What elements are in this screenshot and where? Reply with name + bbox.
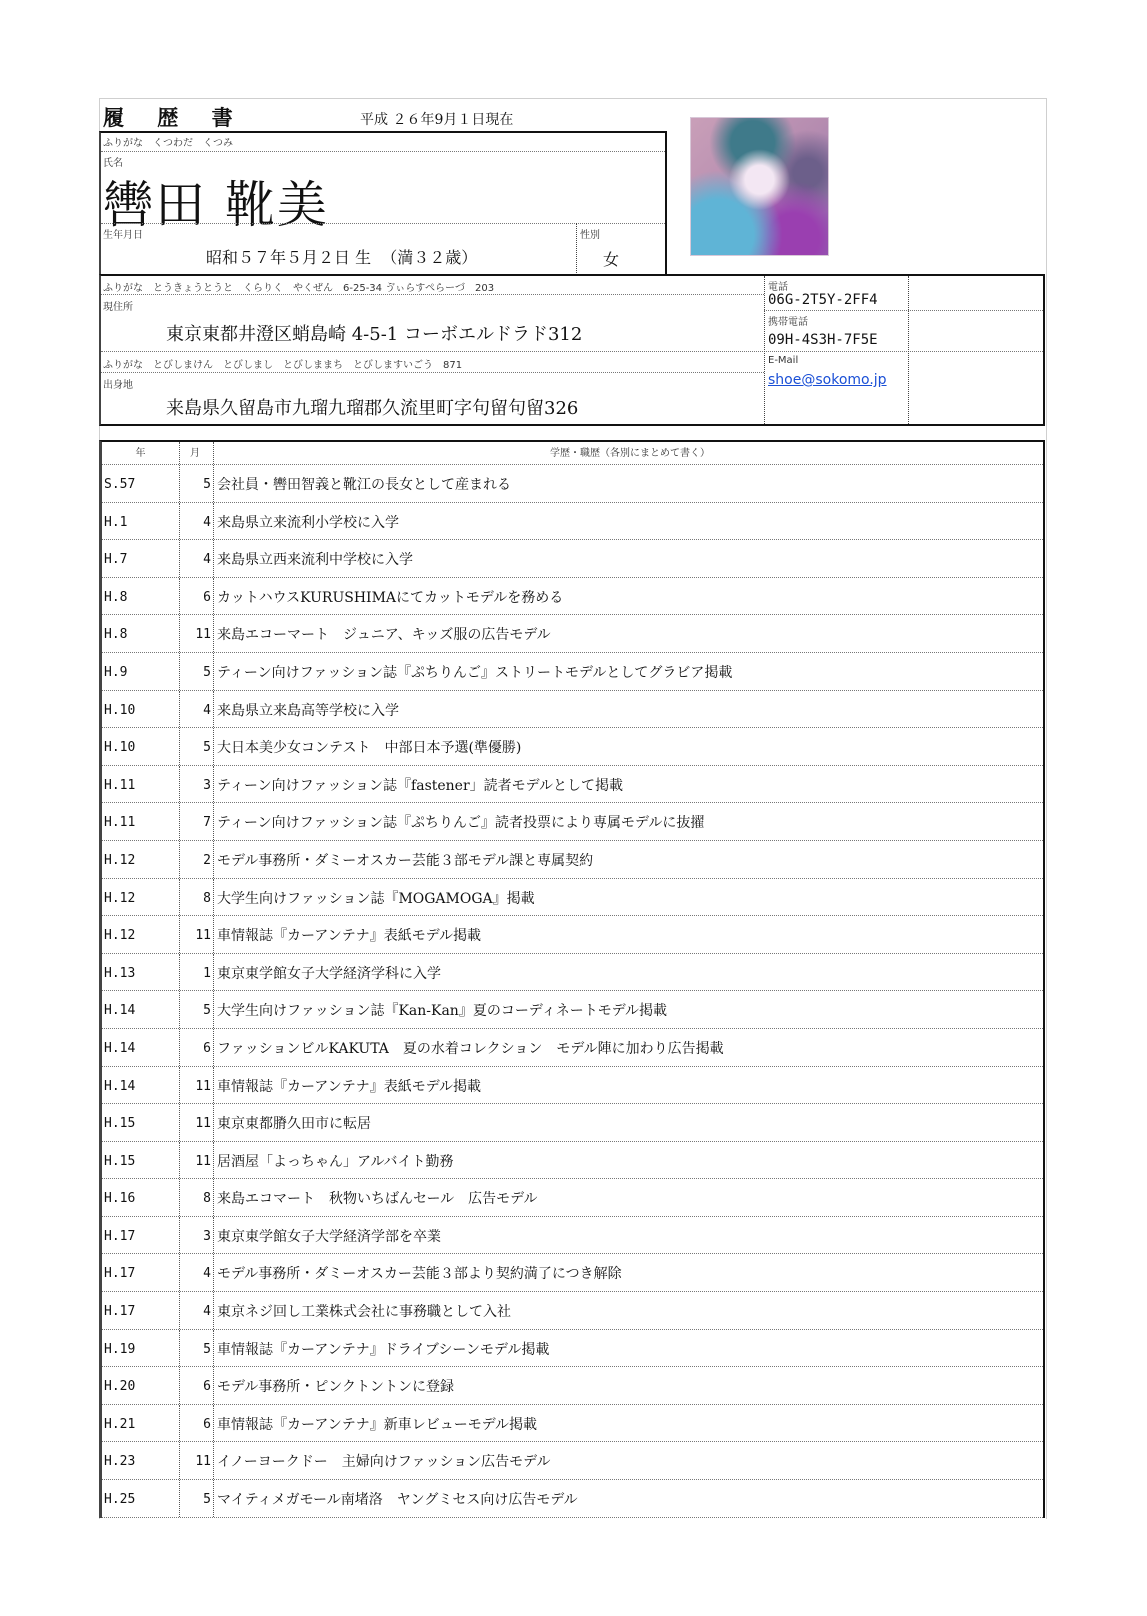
history-row: H.168来島エコマート 秋物いちばんセール 広告モデル	[102, 1179, 1043, 1217]
history-month: 7	[180, 803, 214, 840]
history-year: H.21	[102, 1405, 180, 1442]
as-of-date: 平成 ２６年9月１日現在	[360, 109, 513, 129]
history-month: 6	[180, 1405, 214, 1442]
phone-value: 06G-2T5Y-2FF4	[768, 292, 878, 308]
history-description: 会社員・轡田智義と靴江の長女として産まれる	[214, 465, 1043, 502]
document-title: 履 歴 書	[103, 102, 246, 132]
history-year: H.14	[102, 1067, 180, 1104]
history-year: H.10	[102, 728, 180, 765]
history-header-row: 年 月 学歴・職歴（各別にまとめて書く）	[102, 442, 1043, 465]
mobile-label: 携帯電話	[768, 313, 808, 328]
history-description: 大学生向けファッション誌『MOGAMOGA』掲載	[214, 879, 1043, 916]
history-month: 3	[180, 766, 214, 803]
history-year: H.10	[102, 691, 180, 728]
history-year: H.15	[102, 1104, 180, 1141]
history-year: H.9	[102, 653, 180, 690]
history-year: S.57	[102, 465, 180, 502]
history-row: H.128大学生向けファッション誌『MOGAMOGA』掲載	[102, 879, 1043, 917]
history-description: 来島県立来島高等学校に入学	[214, 691, 1043, 728]
history-row: H.174モデル事務所・ダミーオスカー芸能３部より契約満了につき解除	[102, 1254, 1043, 1292]
history-year: H.1	[102, 503, 180, 540]
address-label: 現住所	[103, 298, 133, 313]
history-year: H.17	[102, 1292, 180, 1329]
history-year: H.12	[102, 879, 180, 916]
phone-label: 電話	[768, 278, 788, 293]
birth-label: 生年月日	[103, 226, 143, 241]
history-row: H.145大学生向けファッション誌『Kan-Kan』夏のコーディネートモデル掲載	[102, 991, 1043, 1029]
history-month: 4	[180, 503, 214, 540]
history-month: 4	[180, 1254, 214, 1291]
history-row: H.255マイティメガモール南堵洛 ヤングミセス向け広告モデル	[102, 1480, 1043, 1518]
name-furigana: ふりがな くつわだ くつみ	[103, 134, 233, 149]
history-year: H.17	[102, 1254, 180, 1291]
history-month: 5	[180, 991, 214, 1028]
history-year: H.17	[102, 1217, 180, 1254]
portrait-photo	[690, 117, 829, 256]
history-month: 5	[180, 653, 214, 690]
history-row: H.122モデル事務所・ダミーオスカー芸能３部モデル課と専属契約	[102, 841, 1043, 879]
history-description: ティーン向けファッション誌『ぷちりんご』読者投票により専属モデルに抜擢	[214, 803, 1043, 840]
header-month: 月	[180, 442, 214, 464]
history-row: S.575会社員・轡田智義と靴江の長女として産まれる	[102, 465, 1043, 503]
history-year: H.11	[102, 803, 180, 840]
history-row: H.131東京東学館女子大学経済学科に入学	[102, 954, 1043, 992]
history-row: H.206モデル事務所・ピンクトントンに登録	[102, 1367, 1043, 1405]
birthplace-furigana: ふりがな とびしまけん とびしまし とびしままち とびしますいごう 871	[103, 356, 462, 371]
history-description: カットハウスKURUSHIMAにてカットモデルを務める	[214, 578, 1043, 615]
history-row: H.146ファッションビルKAKUTA 夏の水着コレクション モデル陣に加わり広…	[102, 1029, 1043, 1067]
gender-label: 性別	[580, 226, 600, 241]
history-description: 大日本美少女コンテスト 中部日本予選(準優勝)	[214, 728, 1043, 765]
history-month: 4	[180, 1292, 214, 1329]
history-row: H.74来島県立西来流利中学校に入学	[102, 540, 1043, 578]
history-month: 11	[180, 1067, 214, 1104]
name-block: ふりがな くつわだ くつみ 氏名 轡田 靴美 生年月日 昭和５７年５月２日 生 …	[99, 131, 667, 275]
history-description: 来島県立西来流利中学校に入学	[214, 540, 1043, 577]
header-description: 学歴・職歴（各別にまとめて書く）	[214, 442, 1043, 464]
history-month: 11	[180, 916, 214, 953]
history-month: 3	[180, 1217, 214, 1254]
history-description: 来島エコーマート ジュニア、キッズ服の広告モデル	[214, 615, 1043, 652]
gender-value: 女	[603, 247, 619, 270]
history-month: 5	[180, 728, 214, 765]
history-row: H.14来島県立来流利小学校に入学	[102, 503, 1043, 541]
history-row: H.117ティーン向けファッション誌『ぷちりんご』読者投票により専属モデルに抜擢	[102, 803, 1043, 841]
history-month: 11	[180, 615, 214, 652]
history-description: 居酒屋「よっちゃん」アルバイト勤務	[214, 1142, 1043, 1179]
email-link[interactable]: shoe@sokomo.jp	[768, 372, 887, 388]
history-description: ファッションビルKAKUTA 夏の水着コレクション モデル陣に加わり広告掲載	[214, 1029, 1043, 1066]
history-description: イノーヨークドー 主婦向けファッション広告モデル	[214, 1442, 1043, 1479]
history-year: H.14	[102, 1029, 180, 1066]
history-month: 8	[180, 1179, 214, 1216]
history-month: 11	[180, 1104, 214, 1141]
history-month: 6	[180, 1367, 214, 1404]
history-year: H.16	[102, 1179, 180, 1216]
mobile-value: 09H-4S3H-7F5E	[768, 332, 878, 348]
history-month: 5	[180, 1480, 214, 1517]
history-row: H.1211車情報誌『カーアンテナ』表紙モデル掲載	[102, 916, 1043, 954]
history-year: H.11	[102, 766, 180, 803]
history-description: 東京東学館女子大学経済学科に入学	[214, 954, 1043, 991]
history-description: 東京東都膌久田市に転居	[214, 1104, 1043, 1141]
history-year: H.8	[102, 578, 180, 615]
history-month: 6	[180, 1029, 214, 1066]
history-row: H.216車情報誌『カーアンテナ』新車レビューモデル掲載	[102, 1405, 1043, 1443]
email-label: E-Mail	[768, 355, 798, 366]
history-row: H.95ティーン向けファッション誌『ぷちりんご』ストリートモデルとしてグラビア掲…	[102, 653, 1043, 691]
history-year: H.23	[102, 1442, 180, 1479]
history-description: 来島県立来流利小学校に入学	[214, 503, 1043, 540]
history-description: ティーン向けファッション誌『ぷちりんご』ストリートモデルとしてグラビア掲載	[214, 653, 1043, 690]
birthplace-value: 来島県久留島市九瑠九瑠郡久流里町字句留句留326	[166, 394, 578, 420]
history-month: 1	[180, 954, 214, 991]
history-description: 車情報誌『カーアンテナ』新車レビューモデル掲載	[214, 1405, 1043, 1442]
history-table: 年 月 学歴・職歴（各別にまとめて書く） S.575会社員・轡田智義と靴江の長女…	[99, 440, 1045, 1518]
history-description: ティーン向けファッション誌『fastener」読者モデルとして掲載	[214, 766, 1043, 803]
history-description: 東京東学館女子大学経済学部を卒業	[214, 1217, 1043, 1254]
history-year: H.25	[102, 1480, 180, 1517]
history-row: H.811来島エコーマート ジュニア、キッズ服の広告モデル	[102, 615, 1043, 653]
birth-date: 昭和５７年５月２日 生 （満３２歳）	[206, 245, 477, 268]
history-year: H.20	[102, 1367, 180, 1404]
history-description: 大学生向けファッション誌『Kan-Kan』夏のコーディネートモデル掲載	[214, 991, 1043, 1028]
history-row: H.113ティーン向けファッション誌『fastener」読者モデルとして掲載	[102, 766, 1043, 804]
history-month: 5	[180, 465, 214, 502]
history-row: H.1511東京東都膌久田市に転居	[102, 1104, 1043, 1142]
history-year: H.7	[102, 540, 180, 577]
history-year: H.12	[102, 916, 180, 953]
history-row: H.1411車情報誌『カーアンテナ』表紙モデル掲載	[102, 1067, 1043, 1105]
history-year: H.12	[102, 841, 180, 878]
history-description: モデル事務所・ピンクトントンに登録	[214, 1367, 1043, 1404]
history-year: H.15	[102, 1142, 180, 1179]
history-row: H.1511居酒屋「よっちゃん」アルバイト勤務	[102, 1142, 1043, 1180]
history-year: H.19	[102, 1330, 180, 1367]
history-description: 車情報誌『カーアンテナ』ドライブシーンモデル掲載	[214, 1330, 1043, 1367]
history-month: 11	[180, 1442, 214, 1479]
history-description: 車情報誌『カーアンテナ』表紙モデル掲載	[214, 1067, 1043, 1104]
history-description: モデル事務所・ダミーオスカー芸能３部より契約満了につき解除	[214, 1254, 1043, 1291]
history-year: H.14	[102, 991, 180, 1028]
history-body: S.575会社員・轡田智義と靴江の長女として産まれるH.14来島県立来流利小学校…	[102, 465, 1043, 1518]
history-month: 11	[180, 1142, 214, 1179]
history-row: H.2311イノーヨークドー 主婦向けファッション広告モデル	[102, 1442, 1043, 1480]
birthplace-label: 出身地	[103, 376, 133, 391]
history-description: 東京ネジ回し工業株式会社に事務職として入社	[214, 1292, 1043, 1329]
history-description: 来島エコマート 秋物いちばんセール 広告モデル	[214, 1179, 1043, 1216]
history-month: 4	[180, 691, 214, 728]
history-month: 4	[180, 540, 214, 577]
history-row: H.195車情報誌『カーアンテナ』ドライブシーンモデル掲載	[102, 1330, 1043, 1368]
history-description: 車情報誌『カーアンテナ』表紙モデル掲載	[214, 916, 1043, 953]
history-row: H.173東京東学館女子大学経済学部を卒業	[102, 1217, 1043, 1255]
history-year: H.8	[102, 615, 180, 652]
history-row: H.104来島県立来島高等学校に入学	[102, 691, 1043, 729]
history-description: マイティメガモール南堵洛 ヤングミセス向け広告モデル	[214, 1480, 1043, 1517]
history-month: 2	[180, 841, 214, 878]
history-month: 5	[180, 1330, 214, 1367]
address-furigana: ふりがな とうきょうとうと くらりく やくぜん 6-25-34 ゔぃらすぺらーづ…	[103, 279, 494, 294]
history-row: H.174東京ネジ回し工業株式会社に事務職として入社	[102, 1292, 1043, 1330]
history-row: H.86カットハウスKURUSHIMAにてカットモデルを務める	[102, 578, 1043, 616]
address-value: 東京東都井澄区蛸島崎 4-5-1 コーボエルドラド312	[166, 320, 582, 346]
history-row: H.105大日本美少女コンテスト 中部日本予選(準優勝)	[102, 728, 1043, 766]
history-year: H.13	[102, 954, 180, 991]
header-year: 年	[102, 442, 180, 464]
history-month: 6	[180, 578, 214, 615]
history-month: 8	[180, 879, 214, 916]
address-block: ふりがな とうきょうとうと くらりく やくぜん 6-25-34 ゔぃらすぺらーづ…	[99, 274, 1045, 426]
history-description: モデル事務所・ダミーオスカー芸能３部モデル課と専属契約	[214, 841, 1043, 878]
